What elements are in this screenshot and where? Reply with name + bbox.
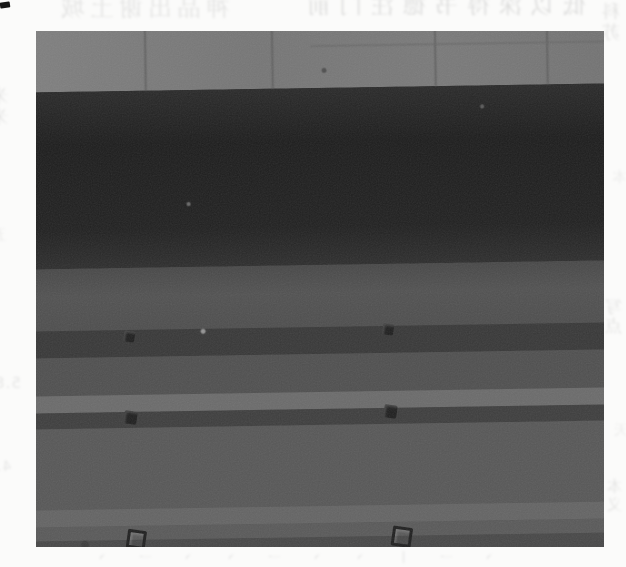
photo-speck bbox=[480, 104, 484, 108]
bleedthrough-illegible-text: 天 bbox=[614, 424, 626, 438]
anchor-bolt-marker bbox=[126, 529, 147, 547]
bleedthrough-illegible-text: 5.8 bbox=[0, 376, 21, 391]
figure-photo-strata-wall bbox=[36, 31, 604, 547]
photo-speck bbox=[187, 202, 191, 206]
strata-band-stack bbox=[36, 31, 604, 547]
bleedthrough-illegible-text: 科苏 bbox=[604, 2, 622, 44]
bleedthrough-illegible-text: 写点 bbox=[608, 298, 625, 336]
anchor-bolt-marker bbox=[383, 404, 398, 419]
anchor-bolt-marker bbox=[382, 323, 394, 335]
gray-stratum-1-band bbox=[36, 260, 604, 331]
bleedthrough-illegible-text: 4. bbox=[0, 460, 11, 474]
bleedthrough-illegible-text: 五 bbox=[0, 226, 8, 242]
photo-speck bbox=[81, 541, 89, 547]
bleedthrough-illegible-text: 低以深得书德注门前 bbox=[298, 0, 586, 18]
anchor-bolt-marker bbox=[123, 330, 135, 342]
anchor-bolt-marker bbox=[391, 525, 414, 547]
photo-speck bbox=[201, 329, 206, 334]
photo-speck bbox=[321, 68, 326, 73]
dark-stratum-band bbox=[36, 83, 604, 269]
bleedthrough-illegible-text: 本 bbox=[612, 170, 626, 185]
bleedthrough-illegible-text: 米米 bbox=[0, 86, 10, 128]
page-corner-ink-mark bbox=[0, 1, 10, 8]
gray-stratum-3-band bbox=[36, 420, 604, 510]
bleedthrough-illegible-text: 丶一丨丶丶一丶丶一丶 bbox=[66, 552, 496, 565]
block-wall-cap-band bbox=[36, 31, 604, 93]
bleedthrough-illegible-text: 本义 bbox=[608, 478, 624, 514]
anchor-bolt-marker bbox=[123, 410, 138, 425]
bleedthrough-illegible-text: 神品出谢土城 bbox=[56, 0, 230, 20]
scanned-page: 神品出谢土城低以深得书德注门前米米五5.84.科苏本写点天本义丶一丨丶丶一丶丶一… bbox=[0, 0, 626, 567]
